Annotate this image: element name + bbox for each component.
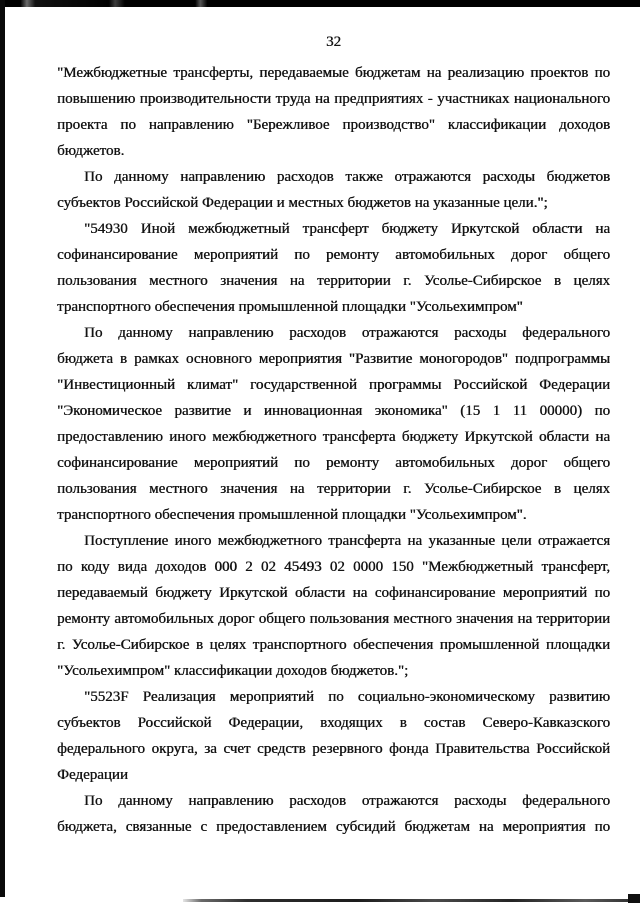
document-text: "Межбюджетные трансферты, передаваемые б… <box>57 60 610 840</box>
text-line: По данному направлению расходов также от… <box>57 164 610 190</box>
text-line: федерального округа, за счет средств рез… <box>57 736 610 762</box>
text-line: транспортного обеспечения промышленной п… <box>57 502 610 528</box>
text-line: Поступление иного межбюджетного трансфер… <box>57 528 610 554</box>
text-line: "Инвестиционный климат" государственной … <box>57 372 610 398</box>
document-page: 32 "Межбюджетные трансферты, передаваемы… <box>0 0 640 905</box>
scan-border-left <box>0 0 5 897</box>
text-line: "5523F Реализация мероприятий по социаль… <box>57 684 610 710</box>
text-line: "Межбюджетные трансферты, передаваемые б… <box>57 60 610 86</box>
paragraph: Поступление иного межбюджетного трансфер… <box>57 528 610 684</box>
text-line: пользования местного значения на террито… <box>57 476 610 502</box>
text-line: "Усольехимпром" классификации доходов бю… <box>57 658 610 684</box>
text-line: транспортного обеспечения промышленной п… <box>57 294 610 320</box>
text-line: "54930 Иной межбюджетный трансферт бюдже… <box>57 216 610 242</box>
text-line: передаваемый бюджету Иркутской области н… <box>57 580 610 606</box>
scan-artifact-bottom-corner <box>628 894 640 903</box>
text-line: По данному направлению расходов отражают… <box>57 320 610 346</box>
scan-artifact-bottom <box>183 899 640 902</box>
text-line: субъектов Российской Федерации и местных… <box>57 190 610 216</box>
text-line: ремонту автомобильных дорог общего польз… <box>57 606 610 632</box>
text-line: по коду вида доходов 000 2 02 45493 02 0… <box>57 554 610 580</box>
text-line: повышению производительности труда на пр… <box>57 86 610 112</box>
paragraph: По данному направлению расходов отражают… <box>57 788 610 840</box>
text-line: субъектов Российской Федерации, входящих… <box>57 710 610 736</box>
text-line: г. Усолье-Сибирское в целях транспортног… <box>57 632 610 658</box>
paragraph: "Межбюджетные трансферты, передаваемые б… <box>57 60 610 164</box>
paragraph: "54930 Иной межбюджетный трансферт бюдже… <box>57 216 610 320</box>
text-line: софинансирование мероприятий по ремонту … <box>57 242 610 268</box>
text-line: бюджетов. <box>57 138 610 164</box>
text-line: проекта по направлению "Бережливое произ… <box>57 112 610 138</box>
text-line: бюджета, связанные с предоставлением суб… <box>57 814 610 840</box>
text-line: Федерации <box>57 762 610 788</box>
page-number: 32 <box>57 34 610 51</box>
paragraph: По данному направлению расходов также от… <box>57 164 610 216</box>
text-line: По данному направлению расходов отражают… <box>57 788 610 814</box>
text-line: пользования местного значения на террито… <box>57 268 610 294</box>
paragraph: По данному направлению расходов отражают… <box>57 320 610 528</box>
paragraph: "5523F Реализация мероприятий по социаль… <box>57 684 610 788</box>
scan-border-top <box>0 0 640 7</box>
text-line: "Экономическое развитие и инновационная … <box>57 398 610 424</box>
text-line: бюджета в рамках основного мероприятия "… <box>57 346 610 372</box>
text-line: предоставлению иного межбюджетного транс… <box>57 424 610 450</box>
text-line: софинансирование мероприятий по ремонту … <box>57 450 610 476</box>
